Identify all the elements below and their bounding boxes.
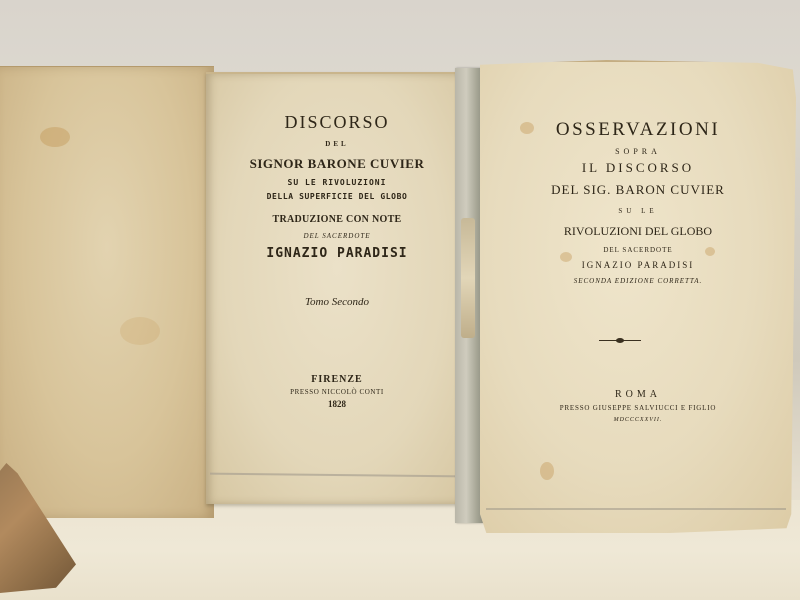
- book-translation: TRADUZIONE CON NOTE: [206, 214, 468, 225]
- book-year: MDCCCXXVII.: [480, 417, 796, 423]
- book-edition: SECONDA EDIZIONE CORRETTA.: [480, 277, 796, 285]
- book-author: IGNAZIO PARADISI: [480, 260, 796, 270]
- foxing-stain: [40, 127, 70, 147]
- book-publisher: PRESSO GIUSEPPE SALVIUCCI E FIGLIO: [480, 404, 796, 412]
- book-osservazioni: OSSERVAZIONI SOPRA IL DISCORSO DEL SIG. …: [480, 60, 796, 533]
- book-translator-prefix: DEL SACERDOTE: [206, 232, 468, 240]
- book-author: SIGNOR BARONE CUVIER: [206, 156, 468, 172]
- book-author-prefix: DEL SACERDOTE: [480, 246, 796, 254]
- book-title: DISCORSO: [206, 112, 468, 133]
- book-title: OSSERVAZIONI: [480, 119, 796, 141]
- foxing-stain: [120, 317, 160, 345]
- book-city: ROMA: [480, 389, 796, 400]
- book-publisher: PRESSO NICCOLÒ CONTI: [206, 388, 468, 396]
- book-discorso: DISCORSO DEL SIGNOR BARONE CUVIER SU LE …: [206, 72, 468, 504]
- book-subtitle-2: DELLA SUPERFICIE DEL GLOBO: [206, 192, 468, 201]
- book-line-3: RIVOLUZIONI DEL GLOBO: [480, 224, 796, 239]
- book-year: 1828: [206, 399, 468, 409]
- book-volume: Tomo Secondo: [206, 296, 468, 308]
- open-cover-page: [0, 66, 214, 518]
- water-stain-line: [210, 473, 462, 478]
- water-stain-line: [486, 508, 786, 510]
- book-city: FIRENZE: [206, 374, 468, 385]
- book-line-2: DEL SIG. BARON CUVIER: [480, 182, 796, 198]
- ornamental-rule: [599, 340, 641, 341]
- book-spine: [455, 68, 483, 523]
- book-su-le: SU LE: [480, 207, 796, 215]
- book-sopra: SOPRA: [480, 147, 796, 156]
- book-line-1: IL DISCORSO: [480, 160, 796, 176]
- book-del: DEL: [206, 140, 468, 148]
- spine-tear: [461, 218, 475, 338]
- book-subtitle-1: SU LE RIVOLUZIONI: [206, 178, 468, 187]
- book-translator: IGNAZIO PARADISI: [206, 246, 468, 261]
- foxing-stain: [540, 462, 554, 480]
